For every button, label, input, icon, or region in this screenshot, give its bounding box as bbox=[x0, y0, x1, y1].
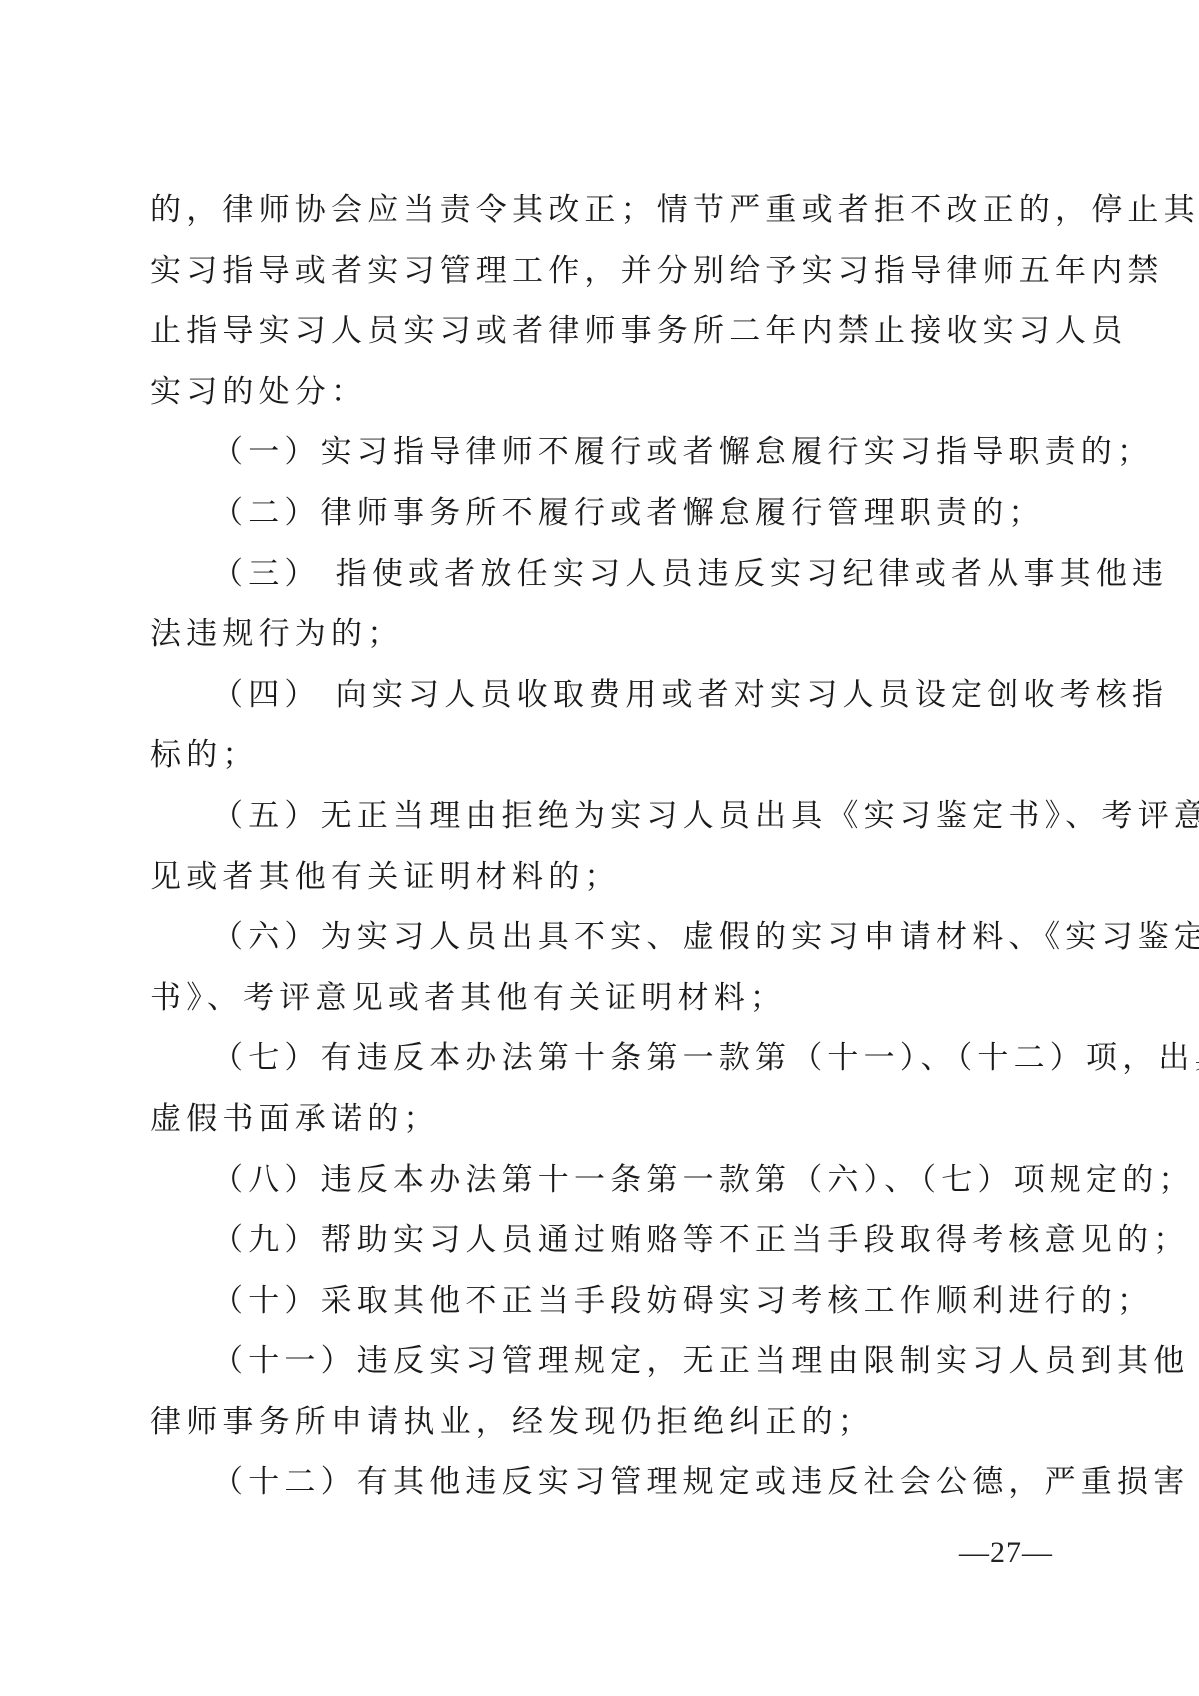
list-item-12: （十二）有其他违反实习管理规定或违反社会公德，严重损害 bbox=[150, 1452, 970, 1513]
text-line: 标的； bbox=[150, 725, 970, 786]
list-item-8: （八）违反本办法第十一条第一款第（六）、（七）项规定的； bbox=[150, 1150, 970, 1211]
text-line: 止指导实习人员实习或者律师事务所二年内禁止接收实习人员 bbox=[150, 301, 970, 362]
body-text: 的，律师协会应当责令其改正；情节严重或者拒不改正的，停止其 实习指导或者实习管理… bbox=[150, 180, 970, 1513]
list-item-9: （九）帮助实习人员通过贿赂等不正当手段取得考核意见的； bbox=[150, 1210, 970, 1271]
list-item-5: （五）无正当理由拒绝为实习人员出具《实习鉴定书》、考评意 bbox=[150, 786, 970, 847]
text-line: 实习的处分： bbox=[150, 362, 970, 423]
list-item-4: （四） 向实习人员收取费用或者对实习人员设定创收考核指 bbox=[150, 665, 970, 726]
list-item-6: （六）为实习人员出具不实、虚假的实习申请材料、《实习鉴定 bbox=[150, 907, 970, 968]
list-item-1: （一）实习指导律师不履行或者懈怠履行实习指导职责的； bbox=[150, 422, 970, 483]
list-item-11: （十一）违反实习管理规定，无正当理由限制实习人员到其他 bbox=[150, 1331, 970, 1392]
list-item-2: （二）律师事务所不履行或者懈怠履行管理职责的； bbox=[150, 483, 970, 544]
text-line: 法违规行为的； bbox=[150, 604, 970, 665]
text-line: 律师事务所申请执业，经发现仍拒绝纠正的； bbox=[150, 1392, 970, 1453]
text-line: 虚假书面承诺的； bbox=[150, 1089, 970, 1150]
page-number: —27— bbox=[959, 1536, 1053, 1570]
text-line: 实习指导或者实习管理工作，并分别给予实习指导律师五年内禁 bbox=[150, 241, 970, 302]
text-line: 书》、考评意见或者其他有关证明材料； bbox=[150, 968, 970, 1029]
list-item-10: （十）采取其他不正当手段妨碍实习考核工作顺利进行的； bbox=[150, 1271, 970, 1332]
text-line: 的，律师协会应当责令其改正；情节严重或者拒不改正的，停止其 bbox=[150, 180, 970, 241]
document-page: 的，律师协会应当责令其改正；情节严重或者拒不改正的，停止其 实习指导或者实习管理… bbox=[0, 0, 1199, 1696]
list-item-3: （三） 指使或者放任实习人员违反实习纪律或者从事其他违 bbox=[150, 544, 970, 605]
text-line: 见或者其他有关证明材料的； bbox=[150, 847, 970, 908]
list-item-7: （七）有违反本办法第十条第一款第（十一）、（十二）项，出具 bbox=[150, 1028, 970, 1089]
